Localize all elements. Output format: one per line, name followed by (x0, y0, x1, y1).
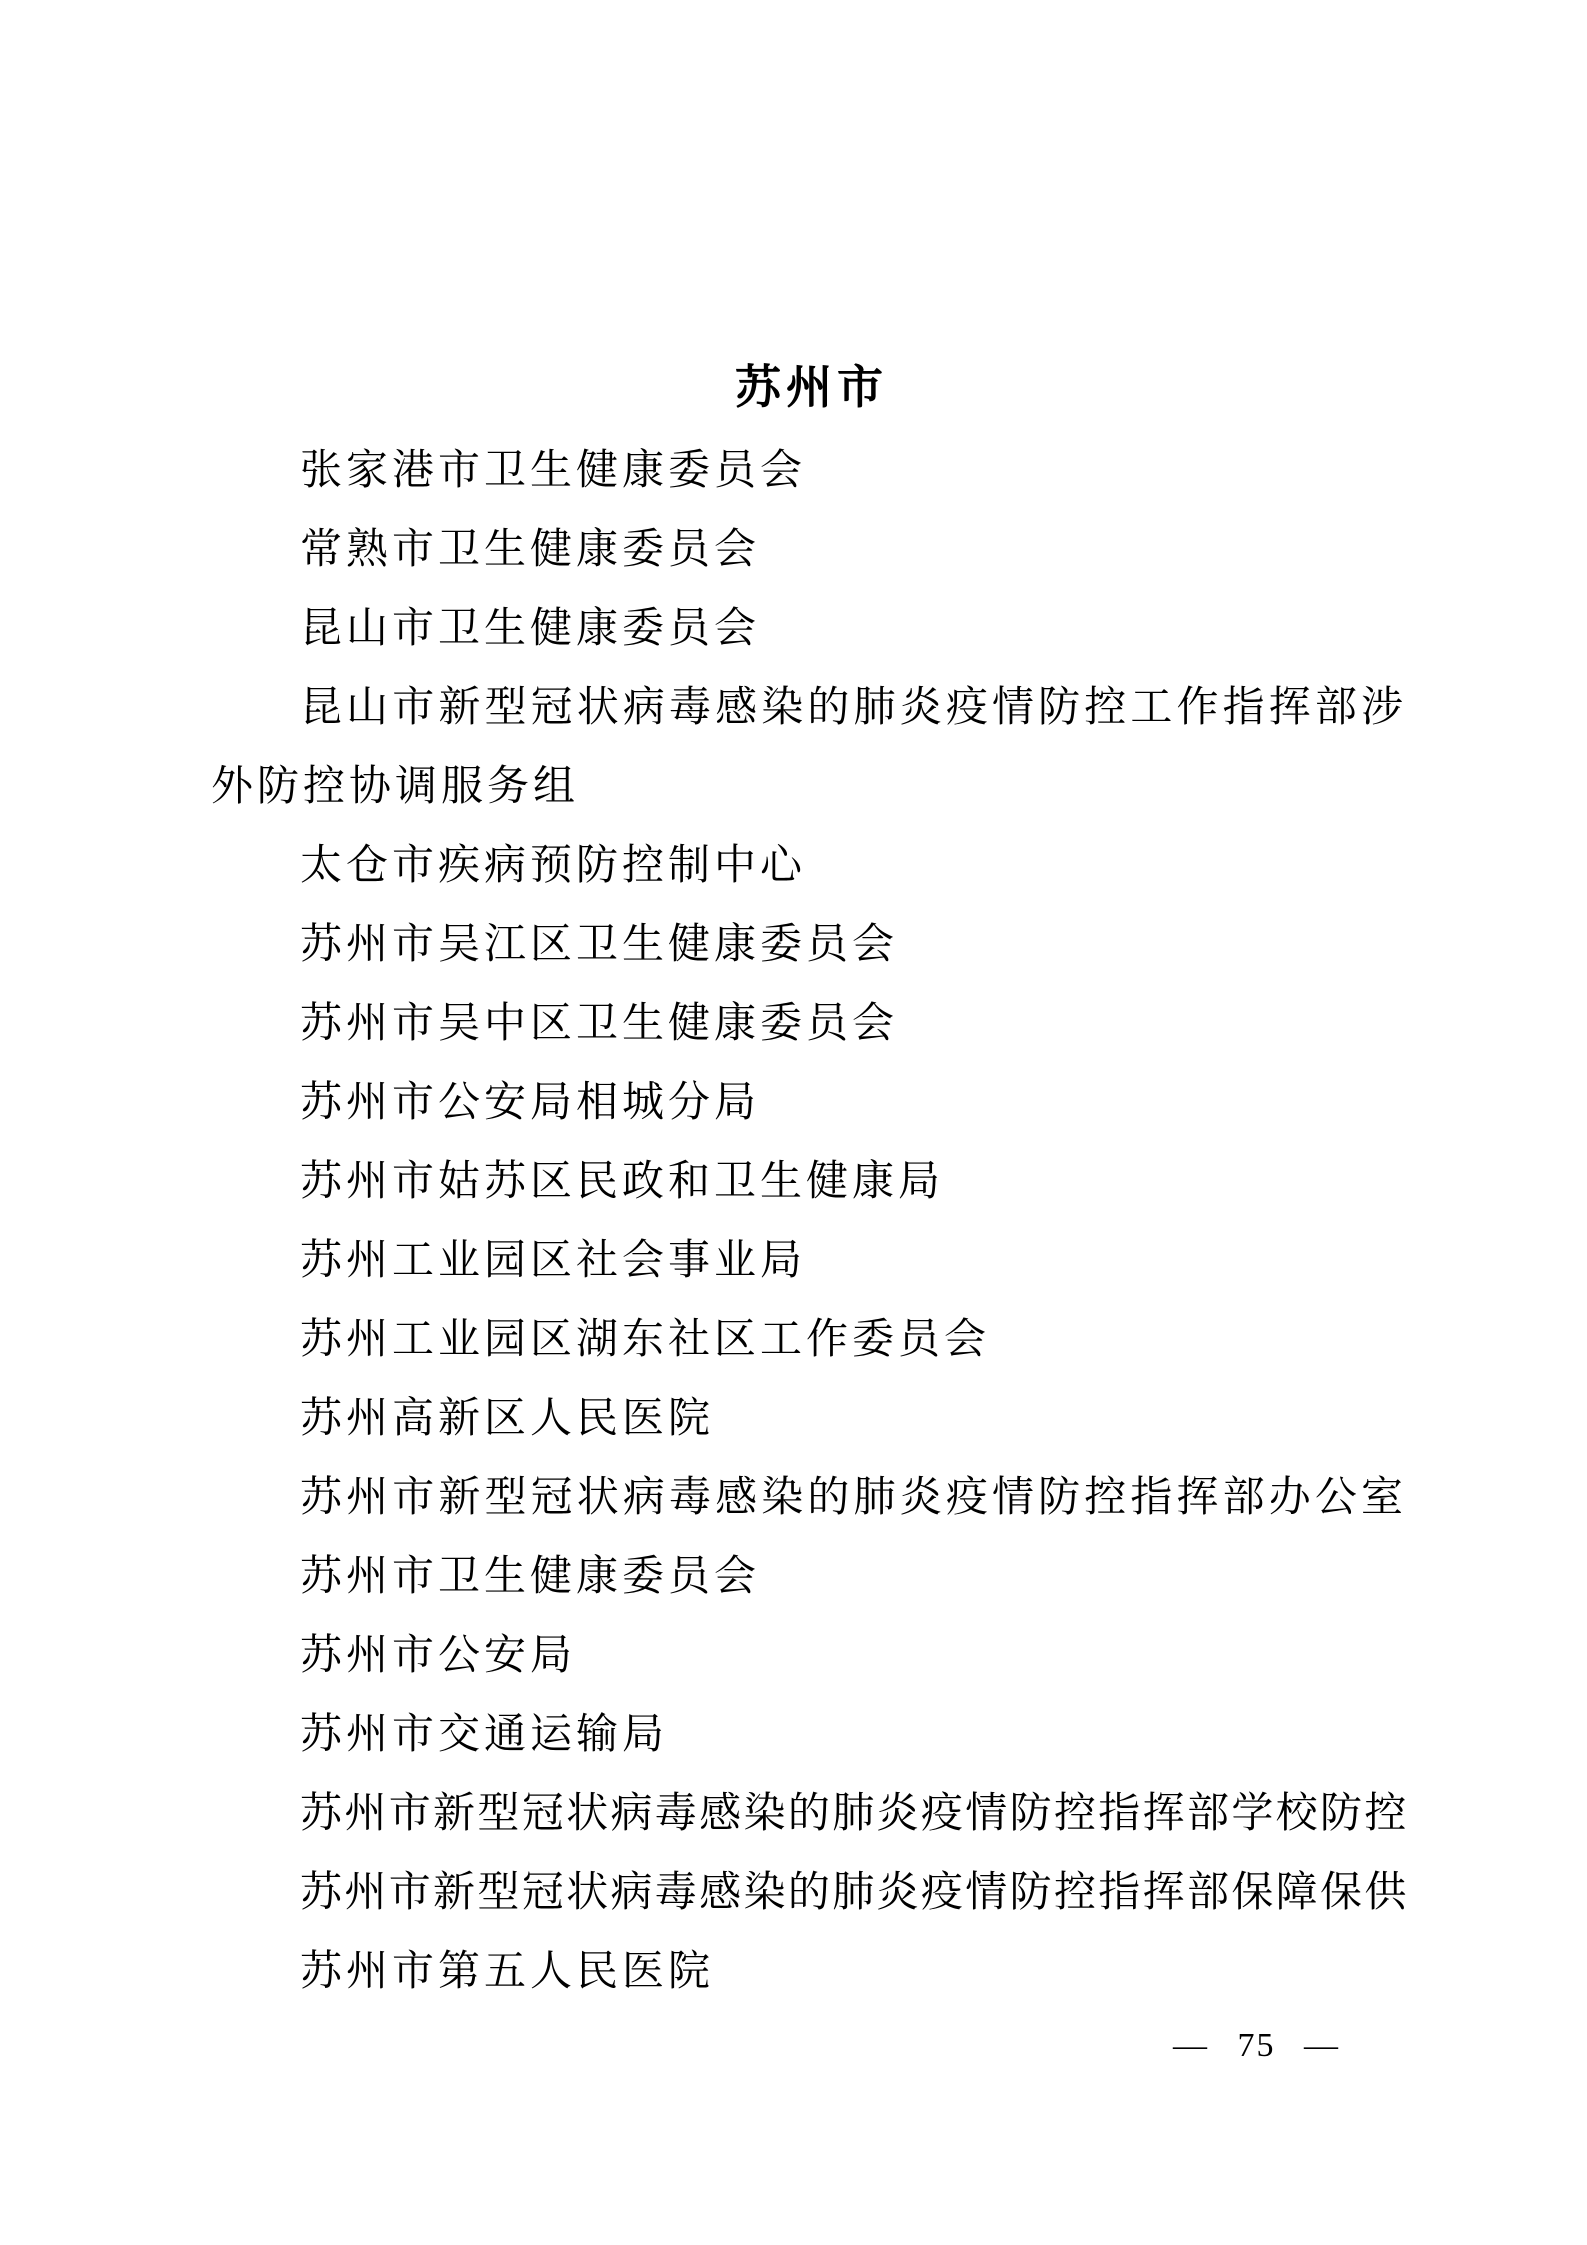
org-line: 苏州工业园区社会事业局 (211, 1222, 1407, 1301)
org-line: 苏州市新型冠状病毒感染的肺炎疫情防控指挥部办公室 (211, 1459, 1407, 1538)
document-page: 苏州市 张家港市卫生健康委员会 常熟市卫生健康委员会 昆山市卫生健康委员会 昆山… (0, 0, 1587, 2245)
org-line: 昆山市卫生健康委员会 (211, 590, 1407, 669)
org-line: 苏州市吴中区卫生健康委员会 (211, 985, 1407, 1064)
org-line: 苏州高新区人民医院 (211, 1380, 1407, 1459)
org-line: 苏州市新型冠状病毒感染的肺炎疫情防控指挥部保障保供组 (211, 1854, 1407, 1933)
org-line: 常熟市卫生健康委员会 (211, 511, 1407, 590)
org-line: 苏州市第五人民医院 (211, 1933, 1407, 2012)
page-number: — 75 — (211, 2026, 1340, 2066)
org-line-wrapped-first: 昆山市新型冠状病毒感染的肺炎疫情防控工作指挥部涉 (211, 669, 1407, 748)
org-line: 苏州市公安局 (211, 1617, 1407, 1696)
org-line: 苏州市新型冠状病毒感染的肺炎疫情防控指挥部学校防控组 (211, 1775, 1407, 1854)
org-line: 苏州市姑苏区民政和卫生健康局 (211, 1143, 1407, 1222)
org-line-wrapped-continuation: 外防控协调服务组 (211, 748, 1407, 827)
org-line: 太仓市疾病预防控制中心 (211, 827, 1407, 906)
org-line: 苏州市交通运输局 (211, 1696, 1407, 1775)
organization-list: 张家港市卫生健康委员会 常熟市卫生健康委员会 昆山市卫生健康委员会 昆山市新型冠… (211, 432, 1407, 2012)
org-line: 苏州市公安局相城分局 (211, 1064, 1407, 1143)
org-line: 苏州市卫生健康委员会 (211, 1538, 1407, 1617)
org-line: 苏州工业园区湖东社区工作委员会 (211, 1301, 1407, 1380)
section-title: 苏州市 (211, 362, 1407, 412)
org-line: 张家港市卫生健康委员会 (211, 432, 1407, 511)
org-line: 苏州市吴江区卫生健康委员会 (211, 906, 1407, 985)
